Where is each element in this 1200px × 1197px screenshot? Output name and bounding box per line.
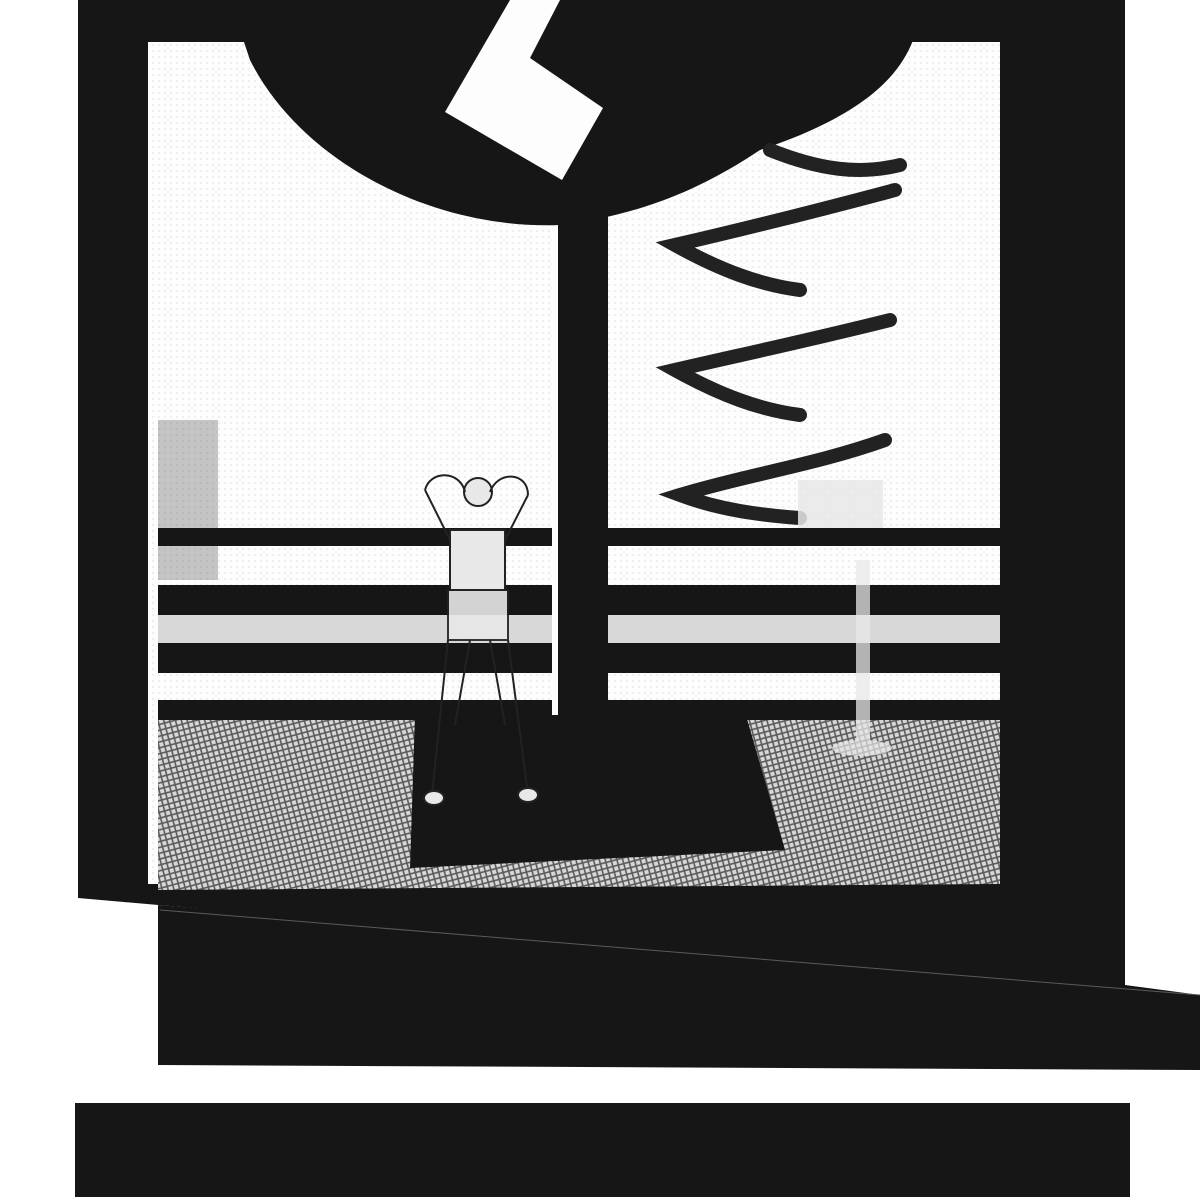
black-pedestal [410, 712, 785, 868]
bottom-black-bar [75, 1103, 1130, 1197]
collage-canvas [0, 0, 1200, 1197]
vertical-post [552, 200, 608, 715]
collage-artwork [0, 0, 1200, 1197]
